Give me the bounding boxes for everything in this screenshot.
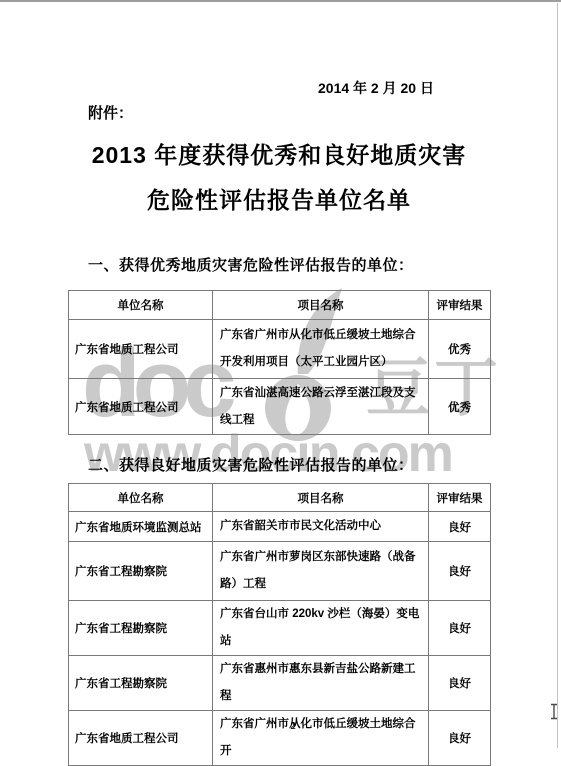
unit-cell: 广东省地质工程公司 [69, 320, 213, 379]
document-page: doc 豆丁 www.docin.com 2014 年 2 月 20 日 附件：… [0, 0, 561, 752]
excellent-reports-table: 单位名称 项目名称 评审结果 广东省地质工程公司 广东省广州市从化市低丘缓坡土地… [68, 290, 491, 435]
table-row: 广东省工程勘察院 广东省惠州市惠东县新吉盐公路新建工程 良好 [69, 656, 491, 711]
unit-cell: 广东省工程勘察院 [69, 542, 213, 601]
col-header-result: 评审结果 [429, 484, 491, 512]
unit-cell: 广东省工程勘察院 [69, 601, 213, 656]
project-cell: 广东省广州市从化市低丘缓坡土地综合开发利用项目（太平工业园片区） [213, 320, 429, 379]
section1-heading: 一、获得优秀地质灾害危险性评估报告的单位： [88, 254, 414, 275]
col-header-result: 评审结果 [429, 291, 491, 320]
result-cell: 优秀 [429, 320, 491, 379]
page-number: 2 [68, 721, 518, 732]
result-cell: 良好 [429, 542, 491, 601]
document-title-line2: 危险性评估报告单位名单 [68, 182, 490, 215]
col-header-unit: 单位名称 [69, 484, 213, 512]
table-header-row: 单位名称 项目名称 评审结果 [69, 291, 491, 320]
good-reports-table: 单位名称 项目名称 评审结果 广东省地质环境监测总站 广东省韶关市市民文化活动中… [68, 483, 491, 752]
table-row: 广东省工程勘察院 广东省台山市 220kv 沙栏（海晏）变电站 良好 [69, 601, 491, 656]
unit-cell: 广东省地质工程公司 [69, 379, 213, 435]
table-row: 广东省地质工程公司 广东省广州市从化市低丘缓坡土地综合开发利用项目（太平工业园片… [69, 320, 491, 379]
result-cell: 良好 [429, 601, 491, 656]
project-cell: 广东省韶关市市民文化活动中心 [213, 512, 429, 542]
result-cell: 良好 [429, 512, 491, 542]
section2-heading: 二、获得良好地质灾害危险性评估报告的单位： [88, 454, 414, 475]
col-header-project: 项目名称 [213, 291, 429, 320]
project-cell: 广东省广州市萝岗区东部快速路（战备路）工程 [213, 542, 429, 601]
page-top-border [0, 0, 561, 2]
unit-cell: 广东省地质环境监测总站 [69, 512, 213, 542]
table-header-row: 单位名称 项目名称 评审结果 [69, 484, 491, 512]
result-cell: 良好 [429, 656, 491, 711]
text-cursor-icon [549, 703, 559, 725]
table-row: 广东省地质工程公司 广东省汕湛高速公路云浮至湛江段及支线工程 优秀 [69, 379, 491, 435]
col-header-project: 项目名称 [213, 484, 429, 512]
table-row: 广东省地质环境监测总站 广东省韶关市市民文化活动中心 良好 [69, 512, 491, 542]
document-title-line1: 2013 年度获得优秀和良好地质灾害 [68, 137, 490, 170]
document-date: 2014 年 2 月 20 日 [318, 78, 434, 98]
attachment-label: 附件： [88, 102, 133, 123]
page-right-edge [557, 3, 558, 748]
project-cell: 广东省汕湛高速公路云浮至湛江段及支线工程 [213, 379, 429, 435]
result-cell: 优秀 [429, 379, 491, 435]
project-cell: 广东省惠州市惠东县新吉盐公路新建工程 [213, 656, 429, 711]
col-header-unit: 单位名称 [69, 291, 213, 320]
unit-cell: 广东省工程勘察院 [69, 656, 213, 711]
project-cell: 广东省台山市 220kv 沙栏（海晏）变电站 [213, 601, 429, 656]
table-row: 广东省工程勘察院 广东省广州市萝岗区东部快速路（战备路）工程 良好 [69, 542, 491, 601]
